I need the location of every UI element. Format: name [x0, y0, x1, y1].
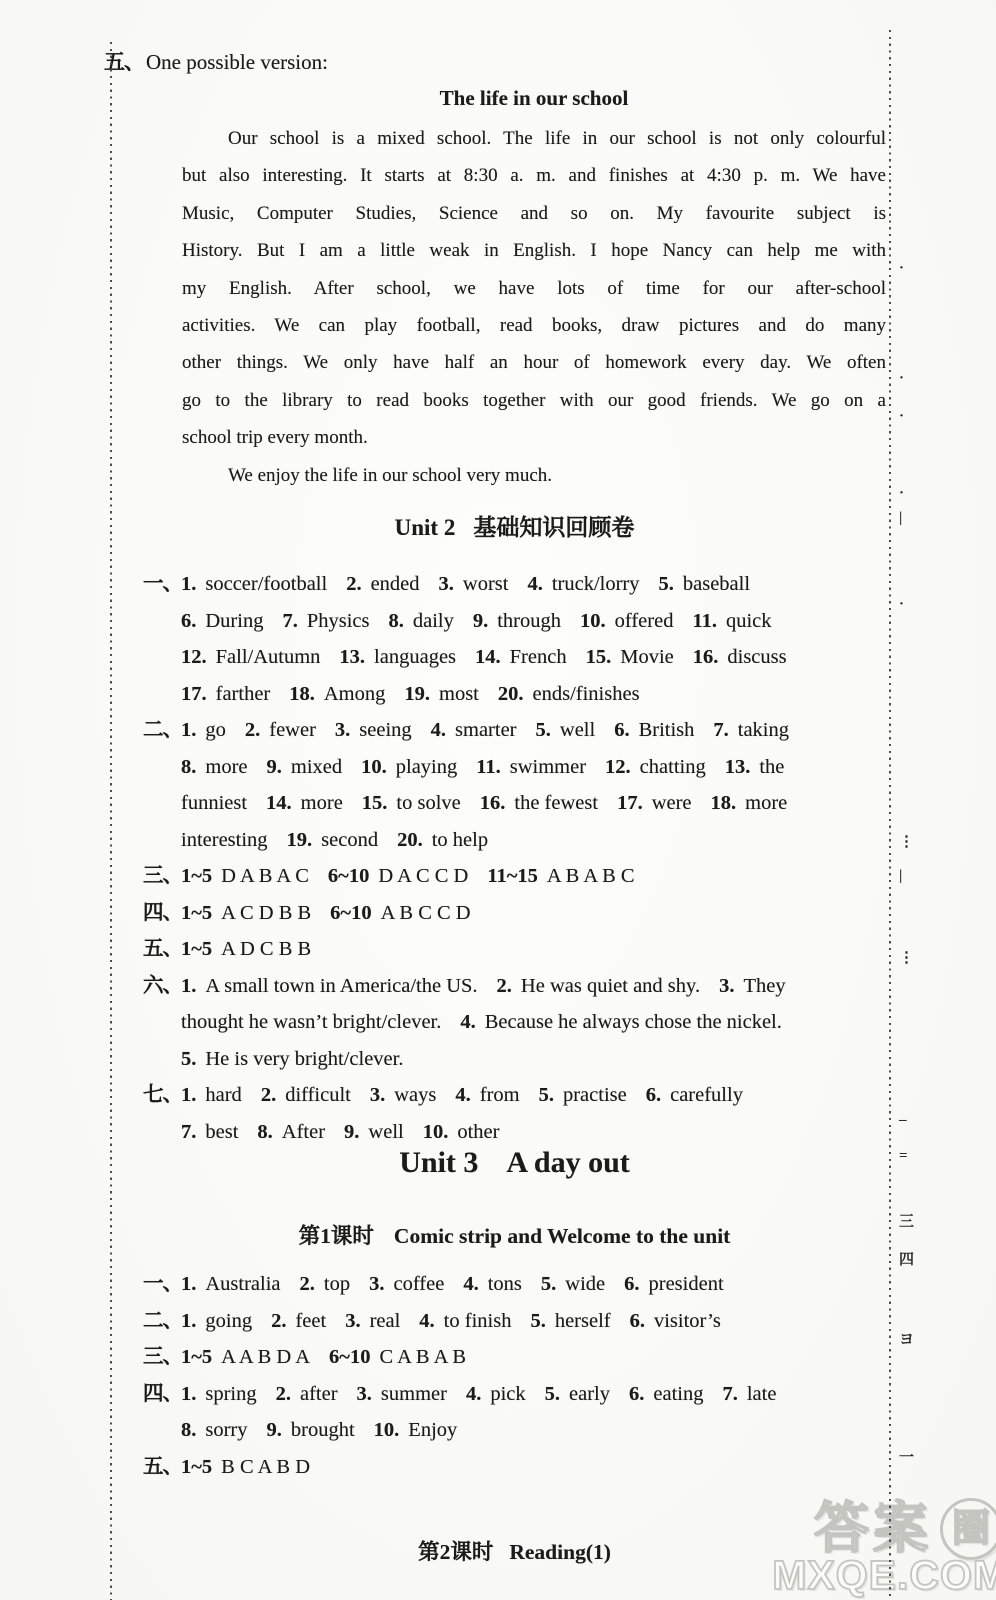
section-marker: 一、 — [143, 566, 181, 603]
answer-item: 15.to solve — [362, 792, 461, 814]
unit3-heading: Unit 3A day out — [143, 1146, 886, 1180]
answer-item: 4.Because he always chose the nickel. — [460, 1011, 782, 1033]
answer-item: 2.feet — [271, 1310, 326, 1332]
answer-item: 10.other — [423, 1121, 500, 1143]
answer-item: 6~10A B C C D — [330, 902, 470, 924]
answer-item: 13.languages — [339, 646, 456, 668]
answer-item: 11.quick — [692, 610, 771, 632]
answer-item: 3.ways — [370, 1084, 437, 1106]
answer-item: 1.spring — [181, 1383, 257, 1405]
answer-item: 5.herself — [530, 1310, 610, 1332]
lesson2-zh: 第2课时 — [418, 1540, 493, 1564]
answer-item: 1.Australia — [181, 1273, 281, 1295]
answer-item: 18.more — [711, 792, 788, 814]
essay-line: Our school is a mixed school. The life i… — [182, 120, 886, 157]
scanned-answer-page: ····|·⋮|⋮–=三四ヨ一 五、One possible version: … — [0, 0, 996, 1600]
answer-item: 1.go — [181, 719, 226, 741]
answer-item: 19.second — [287, 829, 379, 851]
answer-item: 1.A small town in America/the US. — [181, 975, 478, 997]
answer-item: 12.Fall/Autumn — [181, 646, 320, 668]
writing-section-heading: 五、One possible version: — [142, 46, 328, 76]
section-label: One possible version: — [146, 50, 328, 74]
answer-item: 1~5A A B D A — [181, 1346, 310, 1368]
answer-line: interesting19.second20.to help — [143, 822, 893, 859]
answer-line: thought he wasn’t bright/clever.4.Becaus… — [143, 1004, 893, 1041]
answer-item: 5.practise — [539, 1084, 627, 1106]
answer-item: 3.coffee — [369, 1273, 444, 1295]
left-cut-dotted-line — [110, 42, 112, 1600]
answer-item: 15.Movie — [586, 646, 674, 668]
essay-line: We enjoy the life in our school very muc… — [182, 457, 886, 494]
answer-item: 6.visitor’s — [630, 1310, 721, 1332]
answer-item: 3.summer — [357, 1383, 447, 1405]
lesson1-zh: 第1课时 — [299, 1224, 374, 1248]
answer-item: 6~10D A C C D — [328, 865, 468, 887]
answer-line: 8.more9.mixed10.playing11.swimmer12.chat… — [143, 749, 893, 786]
unit3-number: Unit 3 — [399, 1146, 478, 1179]
answer-item: 3.real — [345, 1310, 400, 1332]
answer-item: interesting — [181, 829, 268, 851]
answer-item: funniest — [181, 792, 247, 814]
answer-item: 3.worst — [439, 573, 509, 595]
answer-line: 7.best8.After9.well10.other — [143, 1114, 893, 1151]
answer-item: 17.were — [617, 792, 691, 814]
essay-title: The life in our school — [182, 86, 886, 111]
essay-line: school trip every month. — [182, 419, 886, 456]
section-marker: 三、 — [143, 858, 181, 895]
answer-item: 6.During — [181, 610, 263, 632]
page-edge-mark: 四 — [899, 1252, 914, 1268]
section-marker: 四、 — [143, 895, 181, 932]
answer-item: 7.Physics — [282, 610, 369, 632]
section-marker: 五、 — [143, 931, 181, 968]
answer-item: 8.daily — [388, 610, 453, 632]
essay-line: Music, Computer Studies, Science and so … — [182, 195, 886, 232]
section-marker: 六、 — [143, 968, 181, 1005]
answer-item: 1.soccer/football — [181, 573, 327, 595]
answer-line: 二、1.going2.feet3.real4.to finish5.hersel… — [143, 1303, 893, 1340]
answer-item: 2.top — [300, 1273, 351, 1295]
answer-item: 9.through — [473, 610, 561, 632]
essay-line: History. But I am a little weak in Engli… — [182, 232, 886, 269]
section-marker: 四、 — [143, 1376, 181, 1413]
answer-item: 14.more — [266, 792, 343, 814]
unit2-number: Unit 2 — [395, 515, 456, 540]
answer-item: 2.difficult — [261, 1084, 351, 1106]
answer-item: 7.taking — [713, 719, 789, 741]
section-marker: 五、 — [143, 1449, 181, 1486]
answer-item: 5.baseball — [659, 573, 751, 595]
answer-line: 8.sorry9.brought10.Enjoy — [143, 1412, 893, 1449]
answer-item: 6.president — [624, 1273, 724, 1295]
answer-item: 16.discuss — [693, 646, 787, 668]
right-cut-dotted-line — [889, 30, 891, 1600]
essay-body: Our school is a mixed school. The life i… — [182, 120, 886, 494]
answer-item: 2.ended — [346, 573, 419, 595]
watermark-site: MXQE.COM — [772, 1552, 996, 1599]
answer-line: funniest14.more15.to solve16.the fewest1… — [143, 785, 893, 822]
answer-item: 8.more — [181, 756, 248, 778]
answer-item: 4.from — [455, 1084, 519, 1106]
answer-item: 9.well — [344, 1121, 404, 1143]
answer-item: 8.sorry — [181, 1419, 248, 1441]
answer-item: 18.Among — [289, 683, 385, 705]
section-marker: 七、 — [143, 1077, 181, 1114]
answer-line: 二、1.go2.fewer3.seeing4.smarter5.well6.Br… — [143, 712, 893, 749]
section-marker: 二、 — [143, 712, 181, 749]
answer-line: 五、1~5A D C B B — [143, 931, 893, 968]
page-edge-mark: | — [899, 510, 902, 526]
answer-item: 11.swimmer — [476, 756, 586, 778]
answer-item: 3.seeing — [335, 719, 412, 741]
answer-item: 5.He is very bright/clever. — [181, 1048, 403, 1070]
answer-item: 12.chatting — [605, 756, 706, 778]
answer-item: 10.Enjoy — [374, 1419, 458, 1441]
answer-line: 三、1~5D A B A C6~10D A C C D11~15A B A B … — [143, 858, 893, 895]
unit2-answers: 一、1.soccer/football2.ended3.worst4.truck… — [143, 566, 893, 1150]
page-edge-mark: · — [899, 596, 904, 612]
answer-item: 7.best — [181, 1121, 238, 1143]
unit3-name: A day out — [506, 1146, 629, 1179]
answer-item: 2.fewer — [245, 719, 316, 741]
answer-item: 1.going — [181, 1310, 252, 1332]
answer-line: 一、1.Australia2.top3.coffee4.tons5.wide6.… — [143, 1266, 893, 1303]
answer-item: 7.late — [722, 1383, 776, 1405]
answer-item: 4.tons — [463, 1273, 522, 1295]
section-marker: 三、 — [143, 1339, 181, 1376]
page-edge-mark: ⋮ — [899, 950, 914, 966]
answer-line: 6.During7.Physics8.daily9.through10.offe… — [143, 603, 893, 640]
answer-item: 6.carefully — [646, 1084, 743, 1106]
answer-item: 8.After — [257, 1121, 325, 1143]
answer-item: 19.most — [404, 683, 479, 705]
essay-line: my English. After school, we have lots o… — [182, 270, 886, 307]
answer-item: 9.brought — [267, 1419, 355, 1441]
watermark-circled-char: 圈 — [940, 1498, 996, 1560]
answer-item: 20.to help — [397, 829, 488, 851]
answer-item: 1.hard — [181, 1084, 242, 1106]
answer-item: 4.smarter — [431, 719, 517, 741]
section-marker: 二、 — [143, 1303, 181, 1340]
unit2-heading: Unit 2基础知识回顾卷 — [143, 509, 886, 542]
answer-line: 五、1~5B C A B D — [143, 1449, 893, 1486]
answer-item: 20.ends/finishes — [498, 683, 640, 705]
answer-item: 4.to finish — [419, 1310, 511, 1332]
answer-item: 1~5D A B A C — [181, 865, 309, 887]
answer-line: 三、1~5A A B D A6~10C A B A B — [143, 1339, 893, 1376]
answer-item: 2.after — [276, 1383, 338, 1405]
answer-item: 10.offered — [580, 610, 673, 632]
answer-item: 11~15A B A B C — [487, 865, 634, 887]
answer-item: 13.the — [725, 756, 785, 778]
page-edge-mark: ⋮ — [899, 834, 914, 850]
answer-line: 四、1~5A C D B B6~10A B C C D — [143, 895, 893, 932]
answer-item: 3.They — [719, 975, 786, 997]
essay-line: activities. We can play football, read b… — [182, 307, 886, 344]
answer-item: 6~10C A B A B — [329, 1346, 466, 1368]
answer-item: 1~5A D C B B — [181, 938, 311, 960]
answer-item: 6.British — [614, 719, 694, 741]
page-edge-mark: ヨ — [899, 1332, 914, 1348]
answer-line: 17.farther18.Among19.most20.ends/finishe… — [143, 676, 893, 713]
answer-item: 16.the fewest — [480, 792, 598, 814]
answer-item: 4.pick — [466, 1383, 526, 1405]
page-edge-mark: = — [899, 1148, 908, 1164]
essay-line: go to the library to read books together… — [182, 382, 886, 419]
lesson1-en: Comic strip and Welcome to the unit — [394, 1224, 730, 1248]
answer-item: 9.mixed — [267, 756, 343, 778]
page-edge-mark: | — [899, 868, 902, 884]
essay-line: but also interesting. It starts at 8:30 … — [182, 157, 886, 194]
watermark-text: 答案 — [814, 1497, 932, 1559]
unit2-name: 基础知识回顾卷 — [473, 515, 634, 540]
answer-item: 5.early — [545, 1383, 610, 1405]
answer-line: 七、1.hard2.difficult3.ways4.from5.practis… — [143, 1077, 893, 1114]
answer-item: 14.French — [475, 646, 567, 668]
page-edge-mark: · — [899, 370, 904, 386]
answer-item: 1~5B C A B D — [181, 1456, 310, 1478]
unit3-answers: 一、1.Australia2.top3.coffee4.tons5.wide6.… — [143, 1266, 893, 1485]
answer-item: 2.He was quiet and shy. — [497, 975, 701, 997]
answer-line: 12.Fall/Autumn13.languages14.French15.Mo… — [143, 639, 893, 676]
page-edge-mark: 一 — [899, 1450, 914, 1466]
essay-line: other things. We only have half an hour … — [182, 344, 886, 381]
answer-item: 5.wide — [541, 1273, 605, 1295]
answer-line: 四、1.spring2.after3.summer4.pick5.early6.… — [143, 1376, 893, 1413]
page-edge-mark: · — [899, 485, 904, 501]
answer-item: 10.playing — [361, 756, 457, 778]
answer-item: thought he wasn’t bright/clever. — [181, 1011, 441, 1033]
answer-line: 六、1.A small town in America/the US.2.He … — [143, 968, 893, 1005]
lesson1-heading: 第1课时Comic strip and Welcome to the unit — [143, 1219, 886, 1250]
answer-item: 1~5A C D B B — [181, 902, 311, 924]
page-edge-mark: · — [899, 260, 904, 276]
answer-line: 一、1.soccer/football2.ended3.worst4.truck… — [143, 566, 893, 603]
page-edge-mark: 三 — [899, 1214, 914, 1230]
page-edge-mark: · — [899, 408, 904, 424]
section-marker: 一、 — [143, 1266, 181, 1303]
answer-item: 17.farther — [181, 683, 270, 705]
answer-line: 5.He is very bright/clever. — [143, 1041, 893, 1078]
lesson2-en: Reading(1) — [509, 1540, 611, 1564]
answer-item: 5.well — [536, 719, 596, 741]
page-edge-mark: – — [899, 1112, 907, 1128]
answer-item: 4.truck/lorry — [527, 573, 639, 595]
answer-item: 6.eating — [629, 1383, 703, 1405]
